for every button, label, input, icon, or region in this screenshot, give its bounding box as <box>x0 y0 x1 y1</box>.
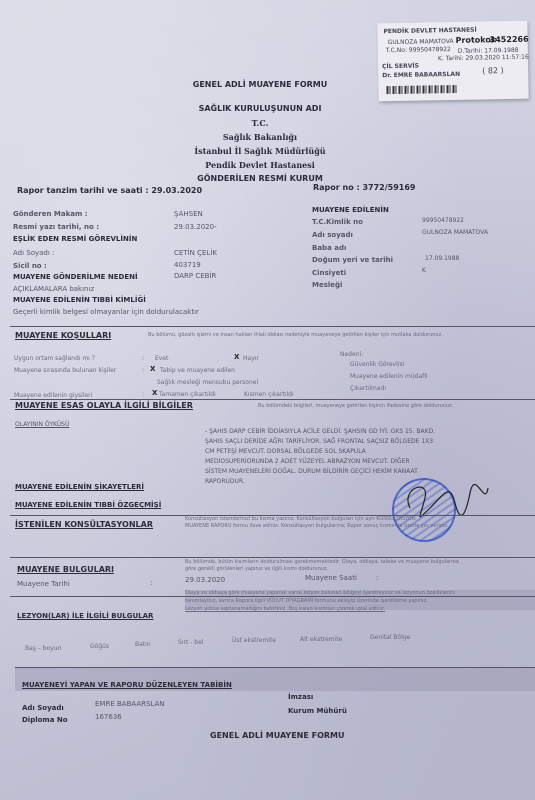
q1-check-mark: X <box>234 353 239 361</box>
history-line: MEDİOSUPERİORUNDA 2 ADET YÜZEYEL ABRAZYO… <box>205 457 435 467</box>
sticker-protocol-no: 3452266 <box>490 35 529 45</box>
patient-label-sticker: PENDİK DEVLET HASTANESİ Protokol: 345226… <box>377 21 528 102</box>
colon: : <box>150 579 152 587</box>
colon: : <box>142 355 144 362</box>
escort-name-value: CETİN ÇELİK <box>174 249 217 257</box>
sticker-queue-no: ( 82 ) <box>482 66 504 75</box>
diploma-label: Diploma No <box>22 716 68 724</box>
gender-label: Cinsiyeti <box>312 269 346 277</box>
conditions-title: MUAYENE KOŞULLARI <box>15 331 111 340</box>
region-upper-extremity: Üst ekstremite <box>232 637 276 644</box>
lesions-note-1: Olaya ve iddiaya göre muayene yaparak va… <box>185 590 455 596</box>
consultation-title: İSTENİLEN KONSÜLTASYONLAR <box>15 520 153 529</box>
sticker-hospital: PENDİK DEVLET HASTANESİ <box>383 27 476 36</box>
escort-name-label: Adı Soyadı : <box>13 249 54 257</box>
findings-note-1: Bu bölümde, bütün kısımların doldurulmas… <box>185 559 459 565</box>
sending-authority-value: ŞAHSEN <box>174 210 203 218</box>
reason-option-not-removed[interactable]: Çıkartılmadı <box>350 385 386 392</box>
history-line: SİSTEM MUAYENELERİ DOĞAL. DURUM BİLDİRİR… <box>205 467 435 477</box>
history-line: CM PETEŞİ MEVCUT. DORSAL BÖLGEDE SOL SKA… <box>205 447 435 457</box>
q3-option-fully[interactable]: Tamamen çıkartıldı <box>159 391 216 398</box>
medical-identity-note: Geçerli kimlik belgesi olmayanlar için d… <box>13 308 199 316</box>
header-line-3: Pendik Devlet Hastanesi <box>130 158 390 172</box>
q2-option-physician[interactable]: Tabip ve muayene edilen <box>160 367 235 374</box>
diploma-value: 167636 <box>95 713 122 721</box>
region-head-neck: Baş – boyun <box>25 645 61 652</box>
sticker-tc: T.C.No: 99950478922 <box>386 46 451 54</box>
divider <box>10 596 535 597</box>
complaints-label: MUAYENE EDİLENİN ŞİKAYETLERİ <box>15 483 144 491</box>
consultation-note-2: MUAYENE RAPORU formu ilave ediniz. Konsü… <box>185 523 449 529</box>
q3-check-mark: X <box>152 389 157 397</box>
q3-label: Muayene edilenin giysileri <box>14 392 92 399</box>
document-page: PENDİK DEVLET HASTANESİ Protokol: 345226… <box>0 0 535 800</box>
report-no: Rapor no : 3772/59169 <box>313 183 416 192</box>
header-line-0: T.C. <box>130 116 390 130</box>
region-back: Sırt - bel <box>178 639 203 646</box>
history-label: OLAYININ ÖYKÜSÜ <box>15 421 69 428</box>
history-line: - ŞAHIS DARP CEBİR İDDİASIYLA ACİLE GELD… <box>205 427 435 437</box>
sticker-doctor: Dr. EMRE BABAARSLAN <box>382 71 460 79</box>
divider <box>15 667 535 668</box>
q2-label: Muayene sırasında bulunan kişiler <box>14 367 116 374</box>
q2-option-staff[interactable]: Sağlık mesleği mensubu personel <box>157 379 258 386</box>
medical-identity-label: MUAYENE EDİLENİN TIBBİ KİMLİĞİ <box>13 296 146 304</box>
reason-options-label: Nedeni: <box>340 351 363 358</box>
region-lower-extremity: Alt ekstremite <box>300 636 342 643</box>
name-label: Adı soyadı <box>312 231 353 239</box>
gender-value: K <box>422 267 426 274</box>
sticker-other: K. Tarihi: 29.03.2020 11:57:16 <box>438 54 529 63</box>
occupation-label: Mesleği <box>312 281 342 289</box>
escort-label: EŞLİK EDEN RESMİ GÖREVLİNİN <box>13 235 137 243</box>
reason-option-security[interactable]: Güvenlik Görevlisi <box>350 361 404 368</box>
history-line: ŞAHIS SAÇLI DERİDE AĞRI TARİFLİYOR. SAĞ … <box>205 437 435 447</box>
incident-title: MUAYENE ESAS OLAYLA İLGİLİ BİLGİLER <box>15 401 193 410</box>
q3-option-partially[interactable]: Kısmen çıkartıldı <box>244 391 294 398</box>
exam-date-label: Muayene Tarihi <box>17 580 70 588</box>
official-letter-label: Resmi yazı tarihi, no : <box>13 223 99 231</box>
tc-value: 99950478922 <box>422 217 464 224</box>
incident-note: Bu bölümdeki bilgileri, muayeneye getiri… <box>258 403 453 409</box>
consultation-note-1: Konsültasyon istemlerinizi bu kısma yazı… <box>185 516 416 522</box>
exam-date-value: 29.03.2020 <box>185 576 225 584</box>
header-line-2: İstanbul İl Sağlık Müdürlüğü <box>130 144 390 158</box>
reason-option-defense[interactable]: Muayene edilenin müdafii <box>350 373 428 380</box>
physician-name-value: EMRE BABAARSLAN <box>95 700 165 708</box>
birth-label: Doğum yeri ve tarihi <box>312 256 393 264</box>
patient-section-label: MUAYENE EDİLENİN <box>312 206 389 214</box>
q2-check-mark: X <box>150 365 155 373</box>
signature-label: İmzası <box>288 693 313 701</box>
region-chest: Göğüs <box>90 643 109 650</box>
exam-time-label: Muayene Saati <box>305 574 357 582</box>
footer-form-title: GENEL ADLİ MUAYENE FORMU <box>210 731 345 740</box>
explanations-note: AÇIKLAMALARA bakınız <box>13 285 94 293</box>
colon: : <box>376 574 378 582</box>
q1-label: Uygun ortam sağlandı mı ? <box>14 355 95 362</box>
name-value: GULNOZA MAMATOVA <box>422 229 488 236</box>
divider <box>10 557 535 558</box>
institution-label: SAĞLIK KURULUŞUNUN ADI <box>130 102 390 116</box>
region-abdomen: Batın <box>135 641 151 648</box>
sticker-department: ÇİL SERVİS <box>382 63 419 71</box>
sticker-patient-name: GULNOZA MAMATOVA <box>388 38 454 46</box>
q1-option-yes[interactable]: Evet <box>155 355 168 362</box>
report-date: Rapor tanzim tarihi ve saati : 29.03.202… <box>17 186 202 195</box>
q1-option-no[interactable]: Hayır <box>243 355 259 362</box>
medical-history-label: MUAYENE EDİLENİN TIBBİ ÖZGEÇMİŞİ <box>15 501 161 509</box>
physician-title: MUAYENEYİ YAPAN VE RAPORU DÜZENLEYEN TAB… <box>22 681 232 689</box>
form-title: GENEL ADLİ MUAYENE FORMU <box>130 78 390 92</box>
physician-name-label: Adı Soyadı <box>22 704 64 712</box>
lesions-note-3: Lezyon yoksa saptanamadığını belirtiniz.… <box>185 606 385 612</box>
header-line-1: Sağlık Bakanlığı <box>130 130 390 144</box>
colon: : <box>142 391 144 398</box>
region-genital: Genital Bölge <box>370 634 410 641</box>
divider <box>10 326 535 327</box>
reason-value: DARP CEBİR <box>174 272 216 280</box>
conditions-note: Bu bölümü, gözaltı işlemi ve insan hakla… <box>148 332 443 338</box>
reason-label: MUAYENE GÖNDERİLME NEDENİ <box>13 273 138 281</box>
sending-authority-label: Gönderen Makam : <box>13 210 88 218</box>
divider <box>10 399 535 400</box>
seal-label: Kurum Mühürü <box>288 707 347 715</box>
birth-value: 17.09.1988 <box>425 255 459 262</box>
father-label: Baba adı <box>312 244 346 252</box>
tc-label: T.C.Kimlik no <box>312 218 363 226</box>
barcode <box>386 85 456 94</box>
lesions-note-2: tanımlayınız, ayrıca Rapora ilgili VÜCUT… <box>185 598 428 604</box>
title-block: GENEL ADLİ MUAYENE FORMU SAĞLIK KURULUŞU… <box>130 78 390 186</box>
colon: : <box>142 367 144 374</box>
registry-value: 403719 <box>174 261 201 269</box>
findings-title: MUAYENE BULGULARI <box>17 565 114 574</box>
official-letter-value: 29.03.2020- <box>174 223 217 231</box>
registry-label: Sicil no : <box>13 262 47 270</box>
lesions-title: LEZYON(LAR) İLE İLGİLİ BULGULAR <box>17 612 153 620</box>
findings-note-2: göre gerekli görülenleri yapınız ve ilgi… <box>185 566 328 572</box>
